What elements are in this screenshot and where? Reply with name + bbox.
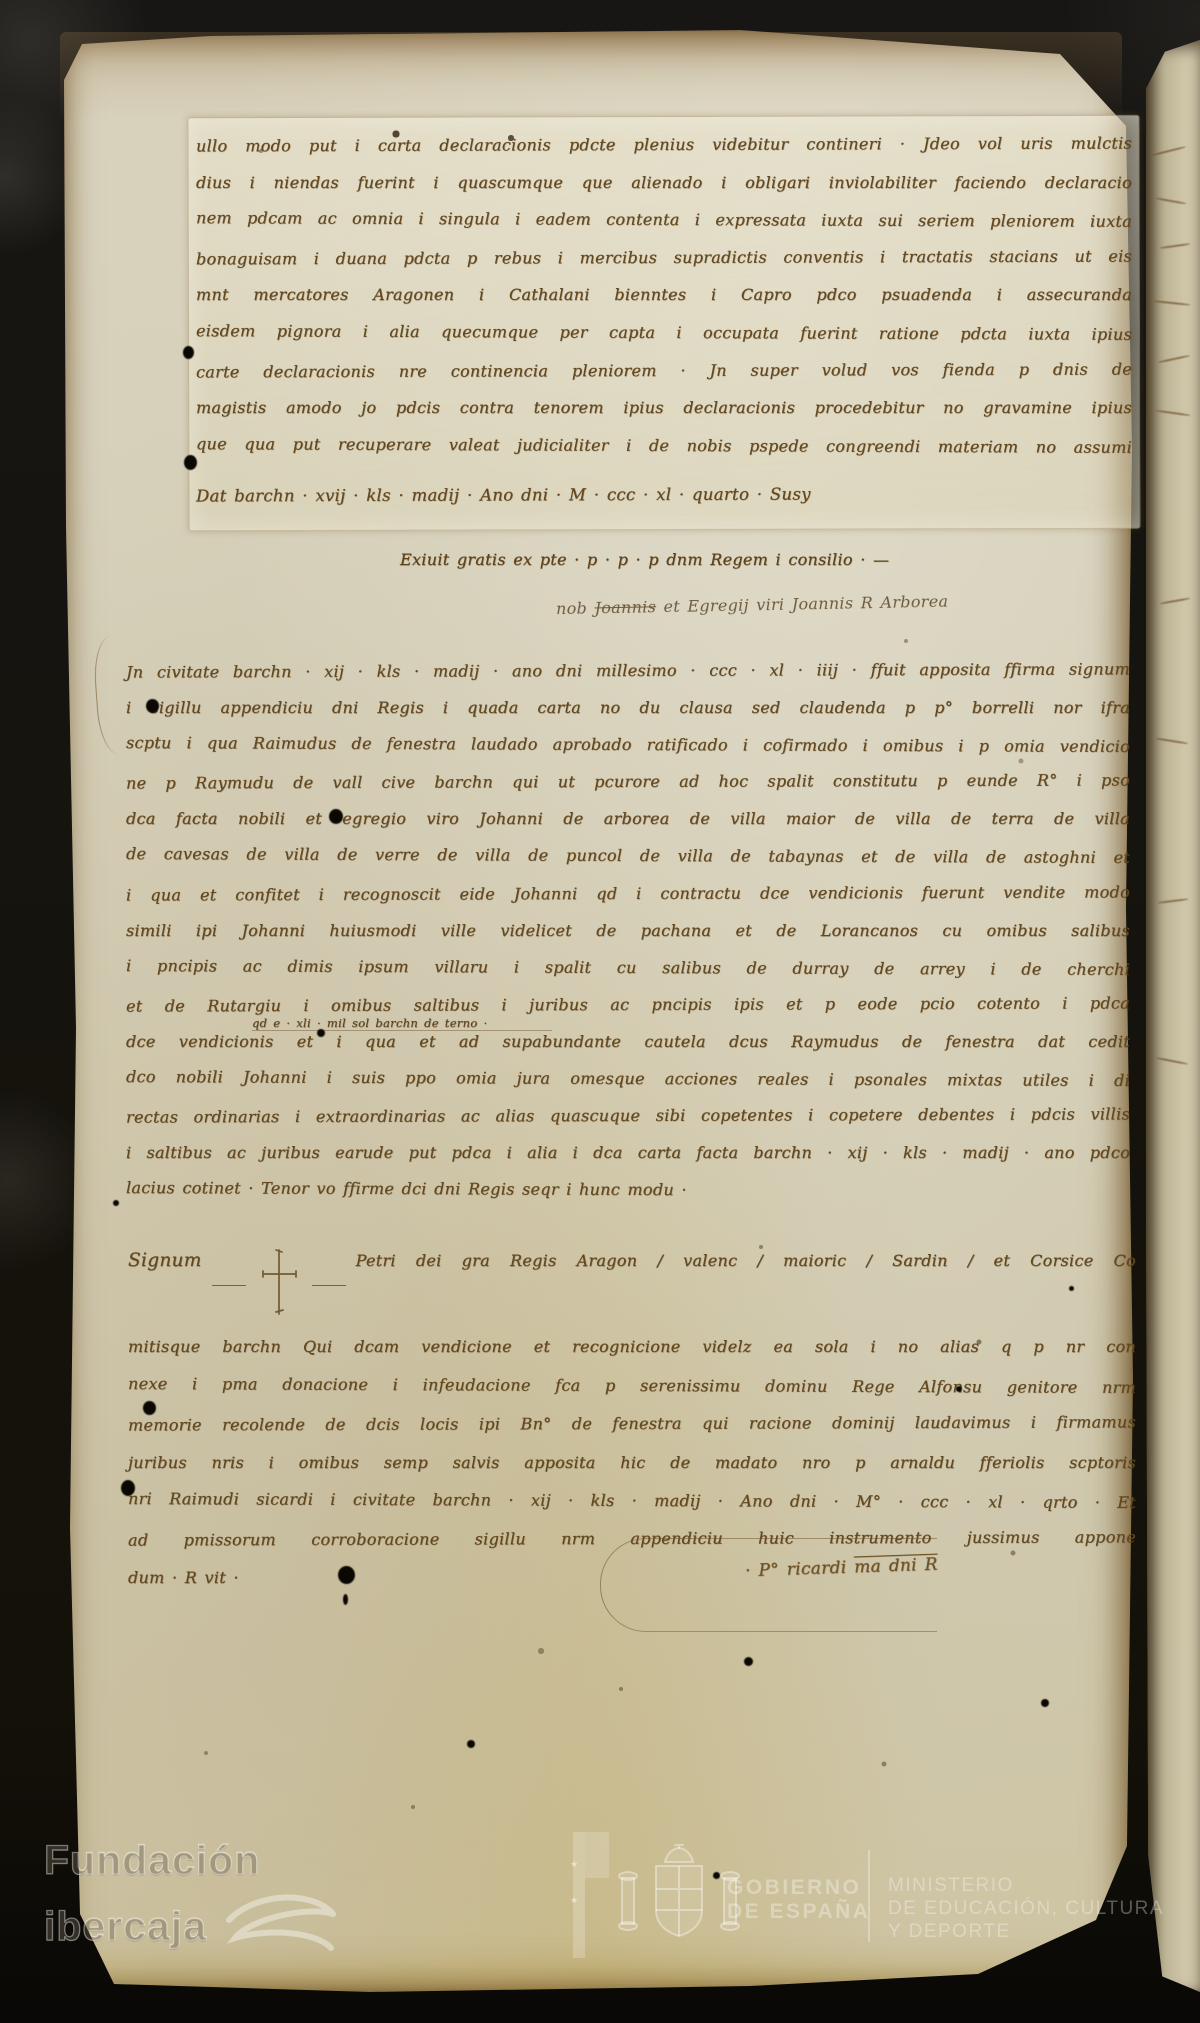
manuscript-line: i saltibus ac juribus earude put pdca i … [126,1134,1130,1171]
manuscript-line: nri Raimudi sicardi i civitate barchn · … [128,1480,1136,1522]
ink-specks [0,0,2,2]
ibercaja-watermark-line2: ibercaja [44,1902,207,1950]
ink-blot [183,346,194,359]
later-note-pre: nob [556,599,587,619]
ministry-watermark: MINISTERIO DE EDUCACIÓN, CULTURA Y DEPOR… [888,1874,1164,1943]
notarial-cross-icon [256,1248,302,1334]
manuscript-line: memorie recolende de dcis locis ipi Bn° … [128,1404,1136,1446]
chancery-note: Exiuit gratis ex pte · p · p · p dnm Reg… [400,548,1072,572]
manuscript-line: nexe i pma donacione i infeudacione fca … [128,1365,1136,1407]
signature-flourish [600,1538,937,1632]
manuscript-line: carte declaracionis nre continencia plen… [196,350,1132,391]
ministry-line1: MINISTERIO [888,1874,1164,1897]
signature-abbrev: ma dni R [854,1555,938,1578]
manuscript-line: ullo modo put i carta declaracionis pdct… [196,125,1132,166]
later-note-struck-word: Joannis [594,597,656,617]
flag-box [585,1832,609,1878]
spain-coat-of-arms-icon [618,1844,740,1953]
gobierno-watermark: GOBIERNO DE ESPAÑA [727,1876,870,1924]
manuscript-line: nem pdcam ac omnia i singula i eadem con… [196,199,1132,240]
signum-line: Signum Petri dei gra Regis Aragon / vale… [128,1242,1136,1328]
manuscript-line: magistis amodo jo pdcis contra tenorem i… [196,389,1132,427]
facing-page-text-fragment [1160,243,1190,249]
manuscript-line: Jn civitate barchn · xij · kls · madij ·… [126,650,1130,690]
ink-blot [146,699,159,713]
manuscript-line: bonaguisam i duana pdcta p rebus i merci… [196,237,1132,278]
top-paragraph: ullo modo put i carta declaracionis pdct… [196,126,1132,514]
star-icon: ★ [570,1896,578,1906]
facing-page-text-fragment [1156,410,1190,417]
manuscript-line: i pncipis ac dimis ipsum villaru i spali… [126,947,1130,988]
ibercaja-watermark: Fundación ibercaja [44,1836,339,1968]
manuscript-line: rectas ordinarias i extraordinarias ac a… [126,1096,1130,1136]
manuscript-line-dating-clause: Dat barchn · xvij · kls · madij · Ano dn… [196,475,1132,516]
manuscript-line: de cavesas de villa de verre de villa de… [126,836,1130,877]
gobierno-line1: GOBIERNO [727,1876,870,1900]
manuscript-line: dius i niendas fuerint i quascumque que … [196,164,1132,202]
manuscript-line: simili ipi Johanni huiusmodi ville videl… [126,912,1130,949]
ink-blot [121,1480,135,1496]
interlinear-insertion: qd e · xli · mil sol barchn de terno · [252,1016,552,1031]
facing-page-edge [1146,40,1200,1992]
watermark-divider [868,1850,870,1942]
facing-page-text-fragment [1156,1057,1188,1065]
ink-blot [329,809,343,824]
ink-dash [212,1285,246,1286]
ink-blot [956,1386,962,1392]
tanned-top-edge [60,32,1122,124]
manuscript-line: i qua et confitet i recognoscit eide Joh… [126,873,1130,913]
ministry-line2: DE EDUCACIÓN, CULTURA [888,1897,1164,1920]
manuscript-line: i sigillu appendiciu dni Regis i quada c… [126,689,1130,726]
manuscript-line: que qua put recuperare valeat judicialit… [196,425,1132,466]
facing-page-text-fragment [1158,898,1188,904]
signature-pre: · P° ricardi [745,1558,847,1582]
manuscript-line: mnt mercatores Aragonen i Cathalani bien… [196,276,1132,314]
ink-blot [744,1657,753,1666]
flag-bar [573,1832,585,1958]
ink-blot [343,1594,348,1605]
facing-page-text-fragment [1152,146,1185,156]
ink-blot [184,455,197,470]
facing-page-text-fragment [1158,355,1190,364]
facing-page-text-fragment [1156,197,1186,204]
ink-blot [1041,1699,1049,1707]
gobierno-line2: DE ESPAÑA [727,1900,870,1924]
ink-blot [467,1740,475,1748]
manuscript-line: ne p Raymudu de vall cive barchn qui ut … [126,762,1130,802]
ink-blot [1069,1286,1074,1291]
star-icon: ★ [570,1860,578,1870]
facing-page-text-fragment [1160,597,1190,604]
ministry-line3: Y DEPORTE [888,1920,1164,1943]
signum-word: Signum [128,1242,202,1280]
ink-dash [312,1285,346,1286]
manuscript-line: juribus nris i omibus semp salvis apposi… [128,1444,1136,1482]
manuscript-line: dca facta nobili et egregio viro Johanni… [126,800,1130,837]
ibercaja-watermark-line1: Fundación [44,1836,339,1884]
ink-blot [317,1029,325,1037]
manuscript-line: scptu i qua Raimudus de fenestra laudado… [126,724,1130,765]
ibercaja-swoosh-icon [221,1884,339,1968]
facing-page-text-fragment [1154,300,1190,306]
archive-photo-backdrop: ullo modo put i carta declaracionis pdct… [0,0,1200,2023]
ink-blot [113,1200,119,1206]
ink-blot [338,1566,355,1584]
manuscript-line: lacius cotinet · Tenor vo ffirme dci dni… [126,1169,1130,1210]
manuscript-line: Petri dei gra Regis Aragon / valenc / ma… [356,1242,1136,1280]
facing-page-text-fragment [1156,738,1188,745]
main-paragraph: Jn civitate barchn · xij · kls · madij ·… [126,652,1130,1208]
manuscript-line: dco nobili Johanni i suis ppo omia jura … [126,1058,1130,1099]
manuscript-line: eisdem pignora i alia quecumque per capt… [196,312,1132,353]
ink-blot [143,1401,156,1415]
